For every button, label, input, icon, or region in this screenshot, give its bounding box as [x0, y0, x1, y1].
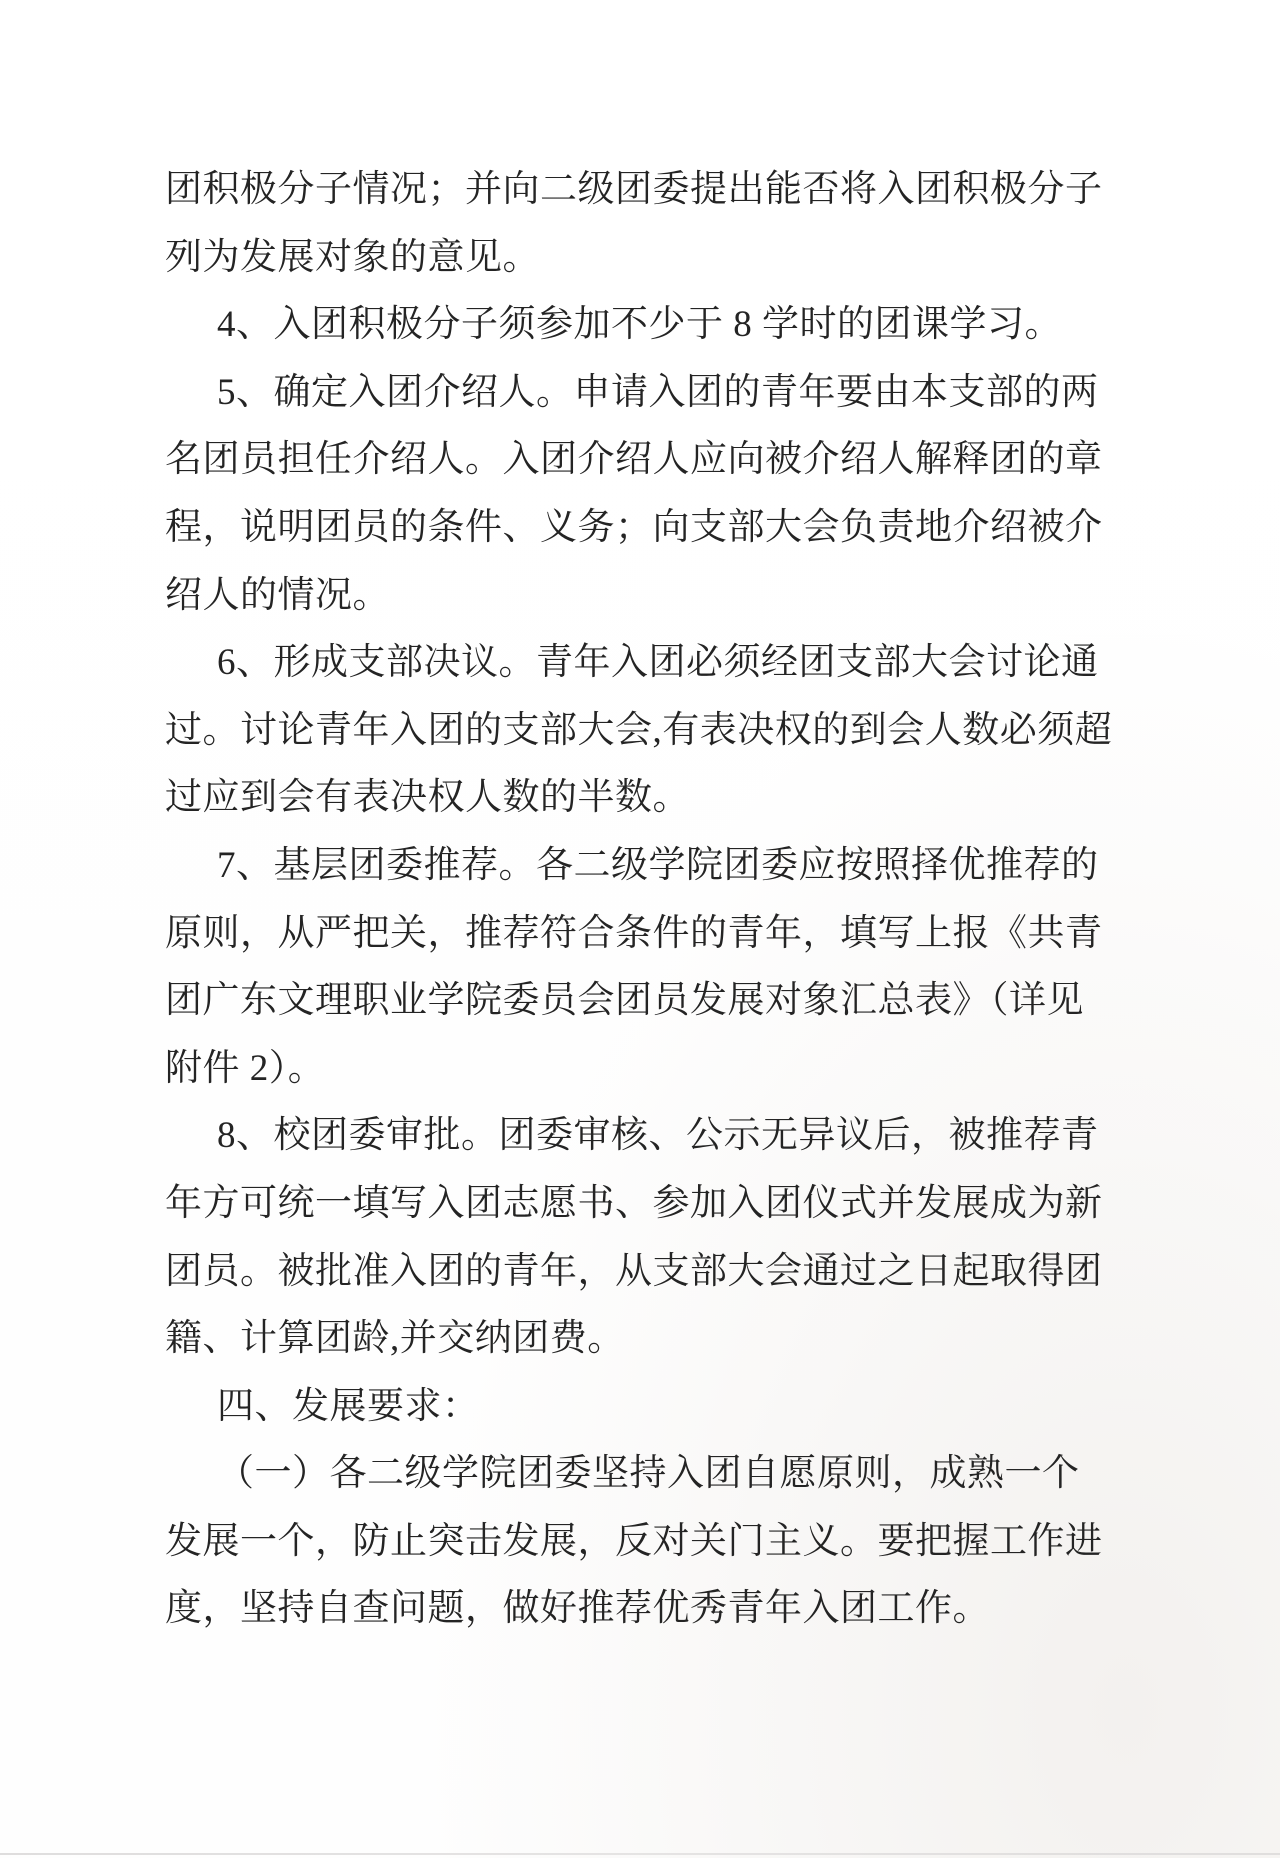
text-line-section-heading: 四、发展要求： — [165, 1373, 1130, 1441]
text-line: 列为发展对象的意见。 — [165, 224, 1130, 292]
text-line: 过。讨论青年入团的支部大会,有表决权的到会人数必须超 — [165, 697, 1130, 765]
text-line-numbered-item-7: 7、基层团委推荐。各二级学院团委应按照择优推荐的 — [165, 832, 1130, 900]
text-line: 团积极分子情况；并向二级团委提出能否将入团积极分子 — [165, 156, 1130, 224]
text-line-numbered-item-6: 6、形成支部决议。青年入团必须经团支部大会讨论通 — [165, 629, 1130, 697]
text-line: 绍人的情况。 — [165, 562, 1130, 630]
text-line-numbered-item-8: 8、校团委审批。团委审核、公示无异议后，被推荐青 — [165, 1102, 1130, 1170]
text-line: 团员。被批准入团的青年，从支部大会通过之日起取得团 — [165, 1238, 1130, 1306]
text-line: 原则，从严把关，推荐符合条件的青年，填写上报《共青 — [165, 900, 1130, 968]
document-page: 团积极分子情况；并向二级团委提出能否将入团积极分子 列为发展对象的意见。 4、入… — [0, 0, 1280, 1858]
text-line: 度，坚持自查问题，做好推荐优秀青年入团工作。 — [165, 1575, 1130, 1643]
text-line: 名团员担任介绍人。入团介绍人应向被介绍人解释团的章 — [165, 426, 1130, 494]
text-line-subitem-1: （一）各二级学院团委坚持入团自愿原则，成熟一个 — [165, 1440, 1130, 1508]
text-line-numbered-item-4: 4、入团积极分子须参加不少于 8 学时的团课学习。 — [165, 291, 1130, 359]
text-line: 发展一个，防止突击发展，反对关门主义。要把握工作进 — [165, 1508, 1130, 1576]
text-line: 籍、计算团龄,并交纳团费。 — [165, 1305, 1130, 1373]
text-line: 附件 2）。 — [165, 1035, 1130, 1103]
text-line: 过应到会有表决权人数的半数。 — [165, 764, 1130, 832]
text-line: 团广东文理职业学院委员会团员发展对象汇总表》（详见 — [165, 967, 1130, 1035]
text-line: 程，说明团员的条件、义务；向支部大会负责地介绍被介 — [165, 494, 1130, 562]
document-text-block: 团积极分子情况；并向二级团委提出能否将入团积极分子 列为发展对象的意见。 4、入… — [165, 156, 1130, 1643]
text-line-numbered-item-5: 5、确定入团介绍人。申请入团的青年要由本支部的两 — [165, 359, 1130, 427]
text-line: 年方可统一填写入团志愿书、参加入团仪式并发展成为新 — [165, 1170, 1130, 1238]
page-bottom-scan-edge — [0, 1853, 1280, 1855]
